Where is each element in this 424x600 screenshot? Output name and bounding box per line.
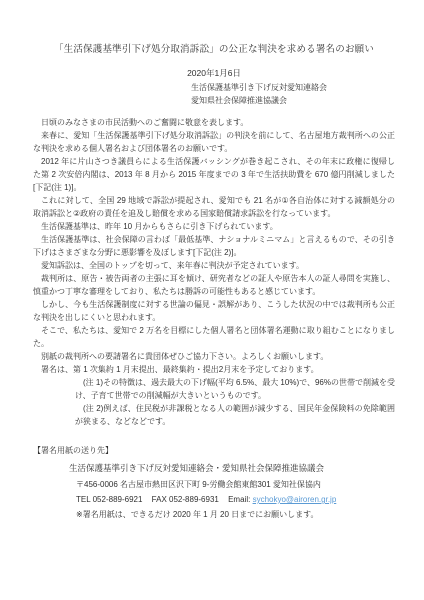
body-paragraph: 日頃のみなさまの市民活動へのご奮闘に敬意を表します。 — [33, 116, 395, 129]
signature-destination-section: 【署名用紙の送り先】 生活保護基準引き下げ反対愛知連絡会・愛知県社会保障推進協議… — [33, 444, 395, 521]
body-paragraph: 愛知訴訟は、全国のトップを切って、来年春に判決が予定されています。 — [33, 259, 395, 272]
body-paragraph: 署名は、第 1 次集約 1 月末提出、最終集約・提出2月末を予定しております。 — [33, 363, 395, 376]
footnote-label: (注 2) — [83, 404, 103, 413]
body-paragraph: 別紙の裁判所への要請署名に貴団体ぜひご協力下さい。よろしくお願いします。 — [33, 350, 395, 363]
footnote-1: (注 1)その特徴は、過去最大の下げ幅(平均 6.5%、最大 10%)で、96%… — [33, 376, 395, 402]
body-text: 日頃のみなさまの市民活動へのご奮闘に敬意を表します。 来春に、愛知「生活保護基準… — [33, 116, 395, 428]
body-paragraph: そこで、私たちは、愛知で 2 万名を目標にした個人署名と団体署名運動に取り組むこ… — [33, 324, 395, 350]
footer-heading: 【署名用紙の送り先】 — [33, 444, 395, 457]
footnote-text: 例えば、住民税が非課税となる人の範囲が減少する、国民年金保険料の免除範囲が狭まる… — [75, 404, 395, 426]
footnote-label: (注 1) — [83, 378, 103, 387]
body-paragraph: 裁判所は、原告・被告両者の主張に耳を傾け、研究者などの証人や原告本人の証人尋問を… — [33, 272, 395, 298]
body-paragraph: 2012 年に片山さつき議員らによる生活保護バッシングが巻き起こされ、その年末に… — [33, 155, 395, 194]
footer-organization: 生活保護基準引き下げ反対愛知連絡会・愛知県社会保障推進協議会 — [69, 462, 395, 475]
footer-address: 〒456-0006 名古屋市熱田区沢下町 9-労働会館東館301 愛知社保協内 — [76, 478, 395, 491]
body-paragraph: しかし、今も生活保護制度に対する世論の偏見・誤解があり、こうした状況の中では裁判… — [33, 298, 395, 324]
document-page: 「生活保護基準引下げ処分取消訴訟」の公正な判決を求める署名のお願い 2020年1… — [0, 0, 424, 600]
footer-contact-line: TEL 052-889-6921 FAX 052-889-6931 Email:… — [76, 493, 395, 506]
email-label: Email: — [228, 495, 250, 504]
deadline-note: ※署名用紙は、できるだけ 2020 年 1 月 20 日までにお願いします。 — [76, 508, 395, 521]
body-paragraph: これに対して、全国 29 地域で訴訟が提起され、愛知でも 21 名が①各自治体に… — [33, 194, 395, 220]
fax-number: 052-889-6931 — [169, 495, 219, 504]
body-paragraph: 来春に、愛知「生活保護基準引下げ処分取消訴訟」の判決を前にして、名古屋地方裁判所… — [33, 129, 395, 155]
tel-label: TEL — [76, 495, 90, 504]
footnote-2: (注 2)例えば、住民税が非課税となる人の範囲が減少する、国民年金保険料の免除範… — [33, 402, 395, 428]
footnote-text: その特徴は、過去最大の下げ幅(平均 6.5%、最大 10%)で、96%の世帯で削… — [75, 378, 395, 400]
body-paragraph: 生活保護基準は、社会保障の言わば「最低基準、ナショナルミニマム」と言えるもので、… — [33, 233, 395, 259]
tel-number: 052-889-6921 — [93, 495, 143, 504]
document-content: 「生活保護基準引下げ処分取消訴訟」の公正な判決を求める署名のお願い 2020年1… — [0, 0, 424, 521]
document-date: 2020年1月6日 — [33, 67, 395, 79]
sender-org-line: 愛知県社会保障推進協議会 — [191, 94, 395, 107]
document-title: 「生活保護基準引下げ処分取消訴訟」の公正な判決を求める署名のお願い — [33, 44, 395, 56]
email-link[interactable]: sychokyo@airoren.gr.jp — [253, 495, 337, 504]
body-paragraph: 生活保護基準は、昨年 10 月からもさらに引き下げられています。 — [33, 220, 395, 233]
sender-block: 生活保護基準引き下げ反対愛知連絡会 愛知県社会保障推進協議会 — [191, 81, 395, 107]
fax-label: FAX — [152, 495, 167, 504]
sender-org-line: 生活保護基準引き下げ反対愛知連絡会 — [191, 81, 395, 94]
